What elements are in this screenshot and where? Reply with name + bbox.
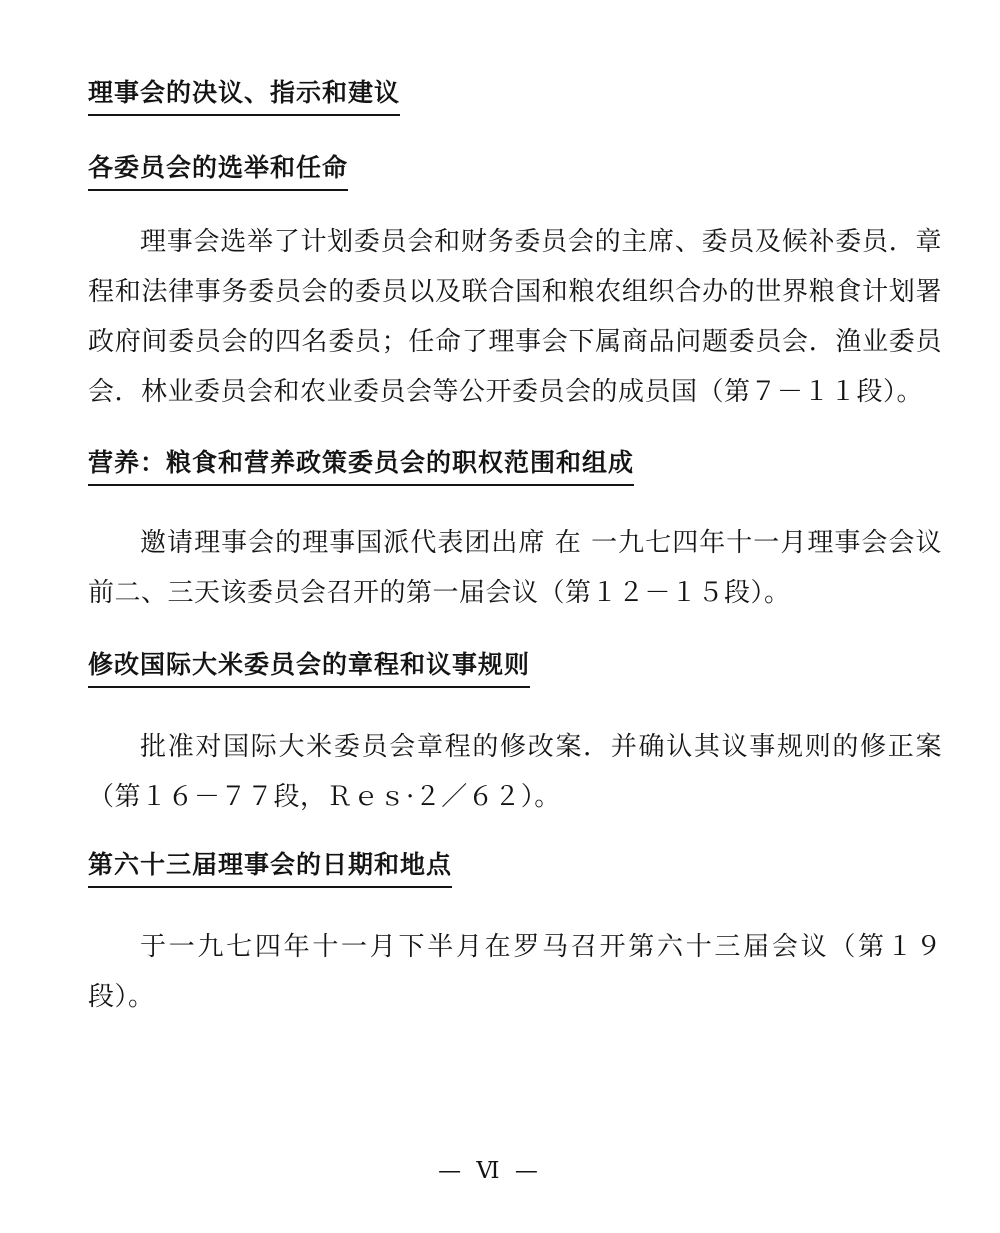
- section-heading-rice-commission: 修改国际大米委员会的章程和议事规则: [88, 650, 942, 688]
- section-heading-text: 各委员会的选举和任命: [88, 153, 348, 191]
- page-title: 理事会的决议、指示和建议: [88, 78, 942, 116]
- section-heading-nutrition-committee: 营养：粮食和营养政策委员会的职权范围和组成: [88, 448, 942, 486]
- section-heading-committee-elections: 各委员会的选举和任命: [88, 153, 942, 191]
- section-paragraph-rice-commission: 批准对国际大米委员会章程的修改案．并确认其议事规则的修正案（第１６－７７段，Ｒｅ…: [88, 722, 942, 822]
- section-paragraph-nutrition-committee: 邀请理事会的理事国派代表团出席 在 一九七四年十一月理事会会议前二、三天该委员会…: [88, 518, 942, 618]
- page-title-text: 理事会的决议、指示和建议: [88, 78, 400, 116]
- document-page: 理事会的决议、指示和建议 各委员会的选举和任命 理事会选举了计划委员会和财务委员…: [0, 0, 1000, 1233]
- section-paragraph-63rd-session: 于一九七四年十一月下半月在罗马召开第六十三届会议（第１９段）。: [88, 922, 942, 1022]
- section-heading-text: 营养：粮食和营养政策委员会的职权范围和组成: [88, 448, 634, 486]
- section-heading-text: 修改国际大米委员会的章程和议事规则: [88, 650, 530, 688]
- section-heading-text: 第六十三届理事会的日期和地点: [88, 850, 452, 888]
- page-number: — Ⅵ —: [0, 1158, 980, 1184]
- section-paragraph-committee-elections: 理事会选举了计划委员会和财务委员会的主席、委员及候补委员．章程和法律事务委员会的…: [88, 217, 942, 417]
- section-heading-63rd-session: 第六十三届理事会的日期和地点: [88, 850, 942, 888]
